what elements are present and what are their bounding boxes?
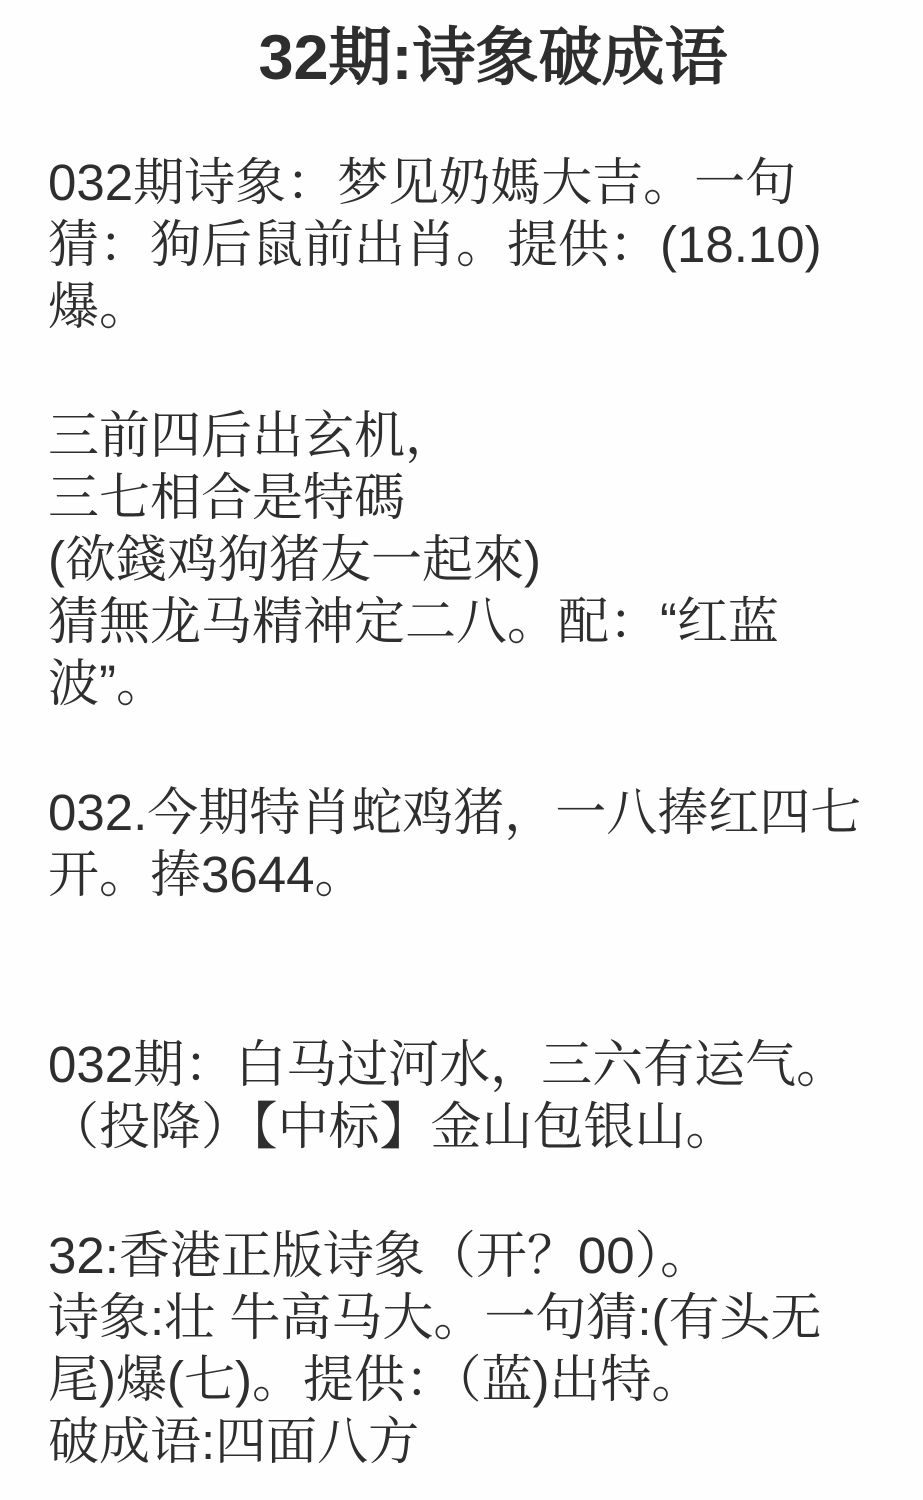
paragraph-poem-5: 32:香港正版诗象（开？00）。 诗象:壮 牛高马大。一句猜:(有头无 尾)爆(… <box>48 1225 883 1473</box>
text-line: 开。捧3644。 <box>48 844 883 906</box>
paragraph-poem-1: 032期诗象：梦见奶媽大吉。一句 猜：狗后鼠前出肖。提供：(18.10) 爆。 <box>48 152 883 338</box>
text-line: (欲錢鸡狗猪友一起來) <box>48 529 883 591</box>
page-title: 32期:诗象破成语 <box>103 21 883 95</box>
text-line: 032期诗象：梦见奶媽大吉。一句 <box>48 152 883 214</box>
document-page: 32期:诗象破成语 032期诗象：梦见奶媽大吉。一句 猜：狗后鼠前出肖。提供：(… <box>0 0 923 1500</box>
text-line: 猜：狗后鼠前出肖。提供：(18.10) <box>48 214 883 276</box>
text-line: 尾)爆(七)。提供：（蓝)出特。 <box>48 1349 883 1411</box>
text-line: 32:香港正版诗象（开？00）。 <box>48 1225 883 1287</box>
text-line: 诗象:壮 牛高马大。一句猜:(有头无 <box>48 1287 883 1349</box>
paragraph-poem-2: 三前四后出玄机， 三七相合是特碼 (欲錢鸡狗猪友一起來) 猜無龙马精神定二八。配… <box>48 405 883 715</box>
text-line: 三七相合是特碼 <box>48 467 883 529</box>
text-line: 032期：白马过河水，三六有运气。 <box>48 1034 883 1096</box>
paragraph-poem-4: 032期：白马过河水，三六有运气。 （投降）【中标】金山包银山。 <box>48 1034 883 1158</box>
text-line: 032.今期特肖蛇鸡猪，一八捧红四七 <box>48 782 883 844</box>
text-line: 三前四后出玄机， <box>48 405 883 467</box>
text-line: （投降）【中标】金山包银山。 <box>48 1096 883 1158</box>
text-line: 爆。 <box>48 276 883 338</box>
text-line: 猜無龙马精神定二八。配：“红蓝 <box>48 591 883 653</box>
text-line: 破成语:四面八方 <box>48 1411 883 1473</box>
paragraph-poem-3: 032.今期特肖蛇鸡猪，一八捧红四七 开。捧3644。 <box>48 782 883 906</box>
text-line: 波”。 <box>48 653 883 715</box>
